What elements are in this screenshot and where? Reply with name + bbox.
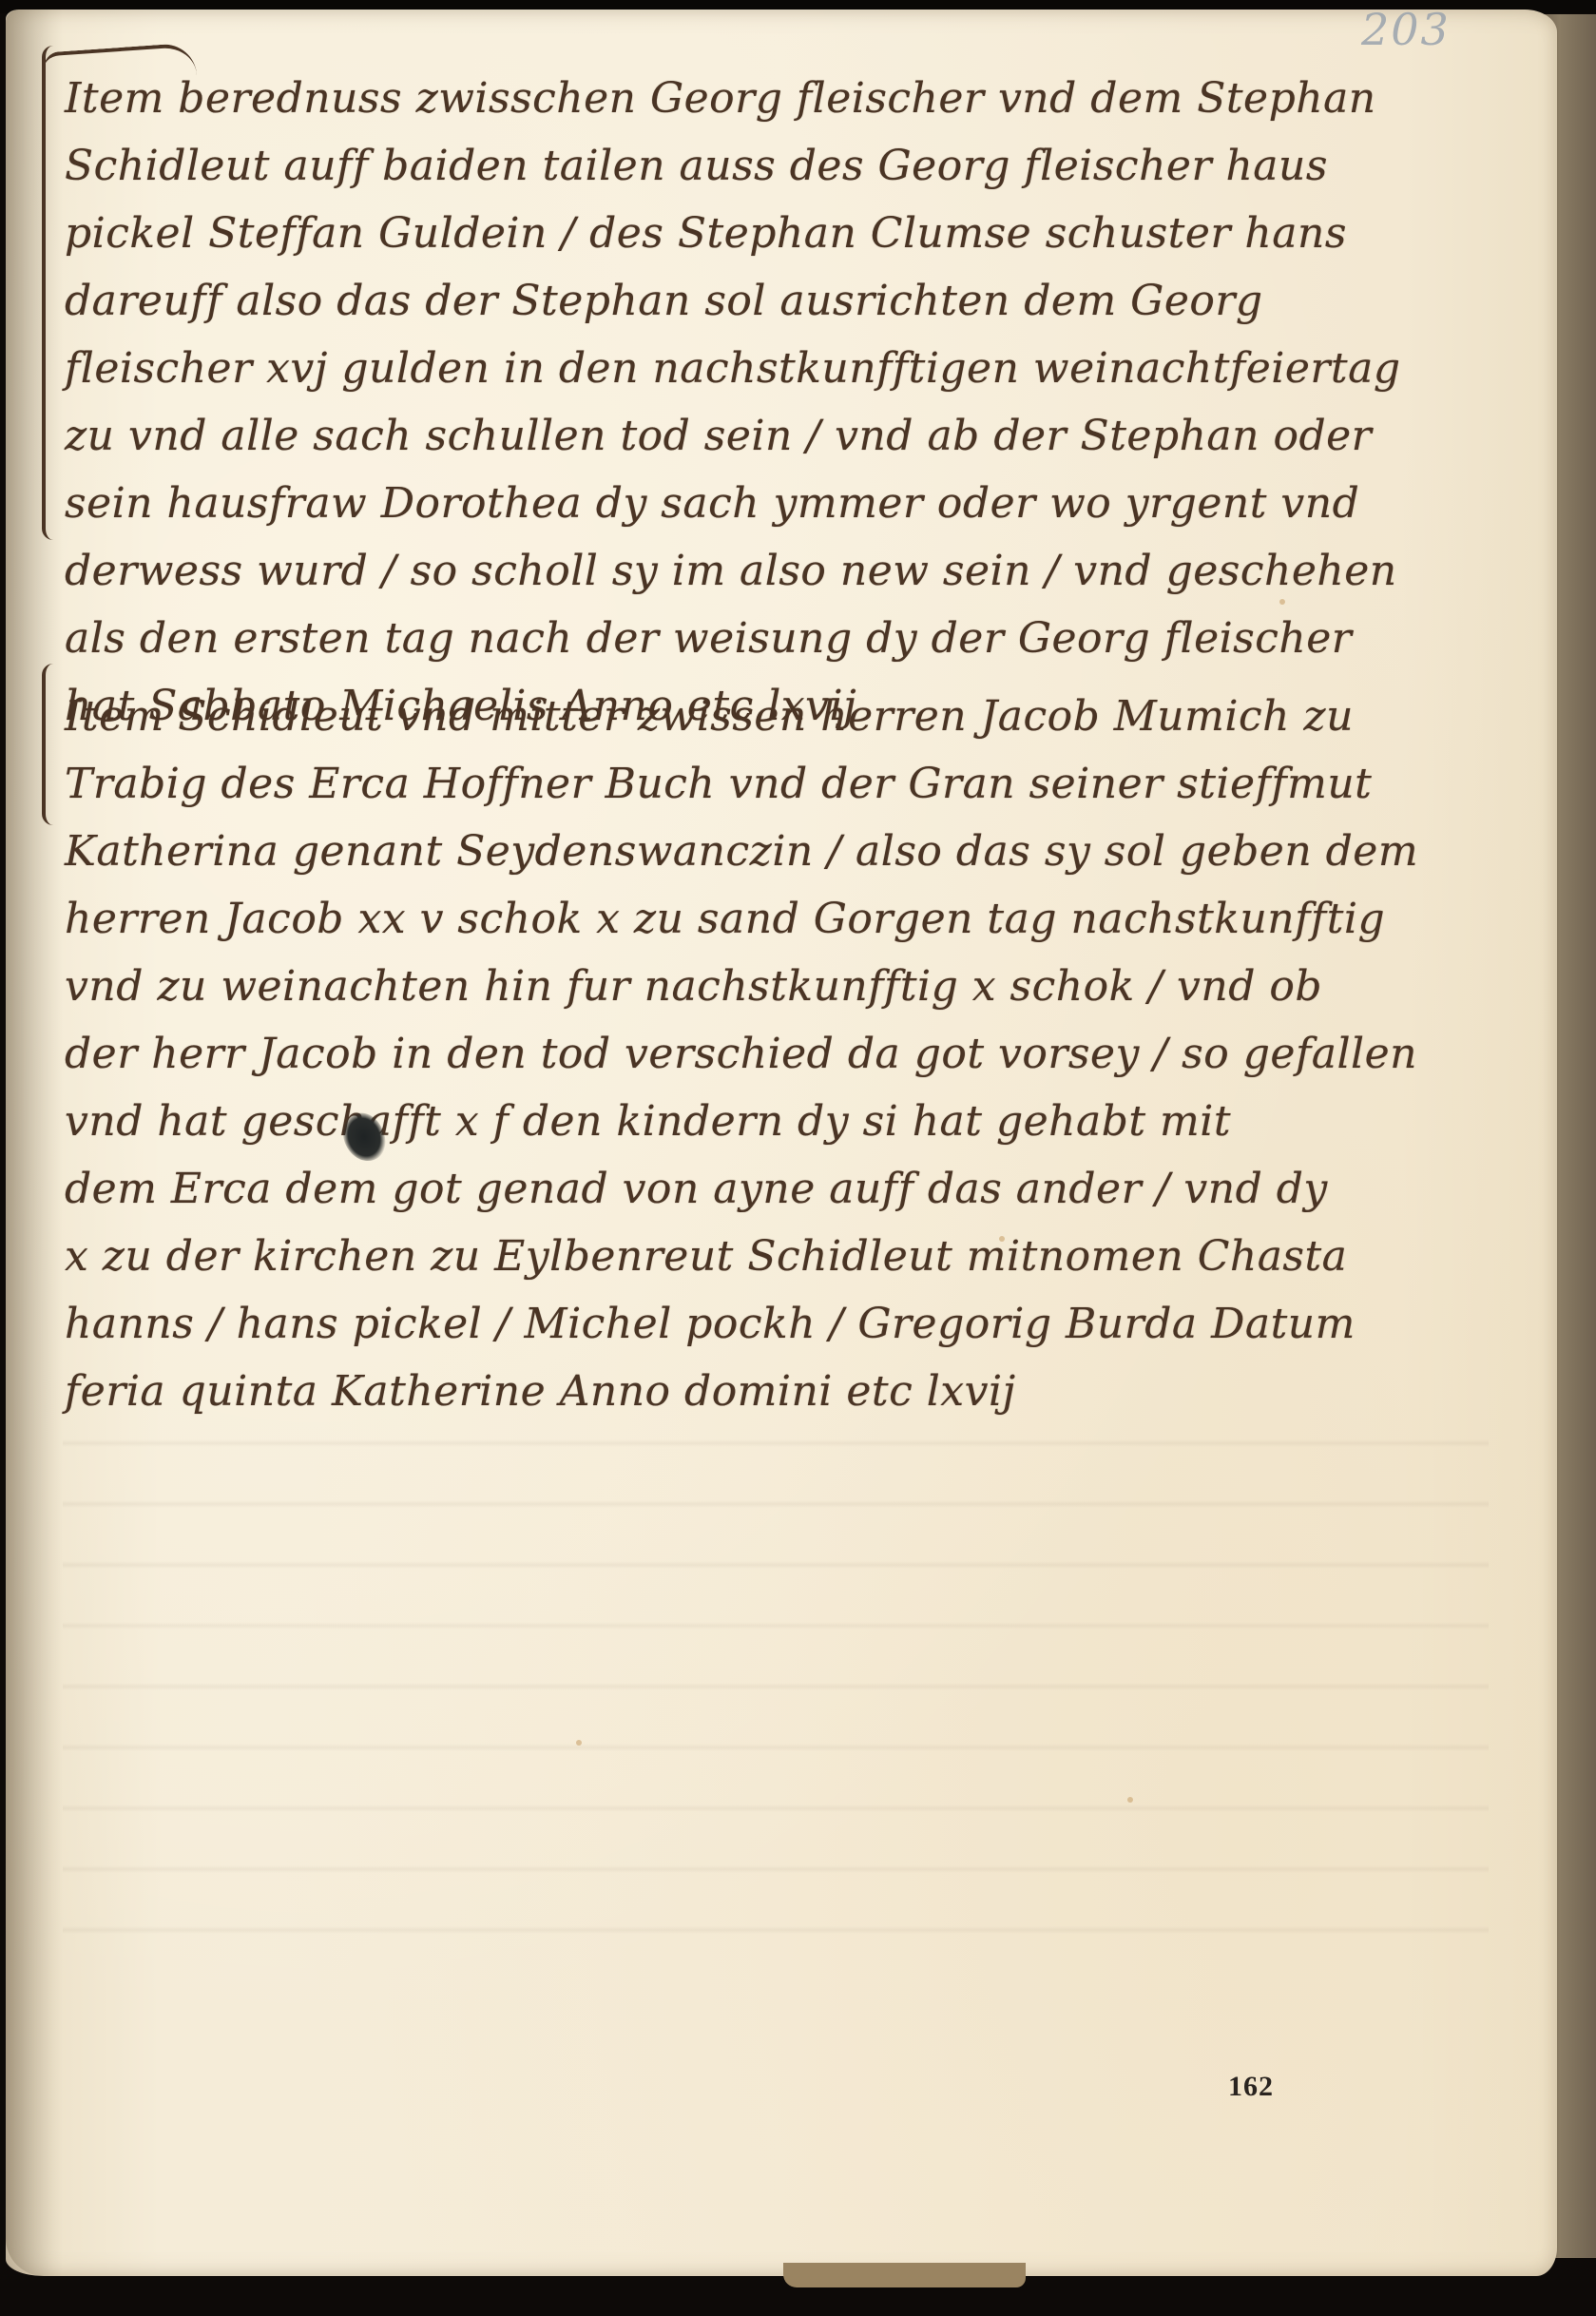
paragraph-bracket-icon [42, 46, 63, 540]
text-line: herren Jacob xx v schok x zu sand Gorgen… [65, 885, 1548, 953]
manuscript-entry-1: Item berednuss zwisschen Georg fleischer… [65, 65, 1548, 740]
manuscript-entry-2: Item Schidleut vnd mitter zwissen herren… [65, 683, 1548, 1425]
text-line: x zu der kirchen zu Eylbenreut Schidleut… [65, 1223, 1548, 1290]
text-line: derwess wurd / so scholl sy im also new … [65, 537, 1548, 605]
text-line: pickel Steffan Guldein / des Stephan Clu… [65, 200, 1548, 267]
text-line: Trabig des Erca Hoffner Buch vnd der Gra… [65, 750, 1548, 818]
foxing-spot [576, 1740, 582, 1746]
stamped-page-number: 162 [1228, 2071, 1274, 2103]
text-line: Katherina genant Seydenswanczin / also d… [65, 818, 1548, 885]
foxing-spot [1127, 1797, 1133, 1803]
text-line: vnd zu weinachten hin fur nachstkunfftig… [65, 953, 1548, 1020]
text-line: sein hausfraw Dorothea dy sach ymmer ode… [65, 470, 1548, 537]
manuscript-scan: 203 Item berednuss zwisschen Georg fleis… [0, 0, 1596, 2316]
text-line: dareuff also das der Stephan sol ausrich… [65, 267, 1548, 335]
manuscript-page: 203 Item berednuss zwisschen Georg fleis… [6, 10, 1557, 2276]
text-line: Item berednuss zwisschen Georg fleischer… [65, 65, 1548, 132]
text-line: Schidleut auff baiden tailen auss des Ge… [65, 132, 1548, 200]
text-line: feria quinta Katherine Anno domini etc l… [65, 1358, 1548, 1425]
text-line: Item Schidleut vnd mitter zwissen herren… [65, 683, 1548, 750]
text-line: vnd hat geschafft x f den kindern dy si … [65, 1088, 1548, 1155]
text-line: der herr Jacob in den tod verschied da g… [65, 1020, 1548, 1088]
text-line: hanns / hans pickel / Michel pockh / Gre… [65, 1290, 1548, 1358]
bleed-through-text [63, 1417, 1489, 1987]
paragraph-bracket-icon [42, 664, 63, 825]
text-line: fleischer xvj gulden in den nachstkunfft… [65, 335, 1548, 402]
text-line: als den ersten tag nach der weisung dy d… [65, 605, 1548, 672]
pencil-folio-number: 203 [1361, 4, 1451, 55]
text-line: dem Erca dem got genad von ayne auff das… [65, 1155, 1548, 1223]
text-line: zu vnd alle sach schullen tod sein / vnd… [65, 402, 1548, 470]
paper-tab-fragment [783, 2263, 1026, 2287]
